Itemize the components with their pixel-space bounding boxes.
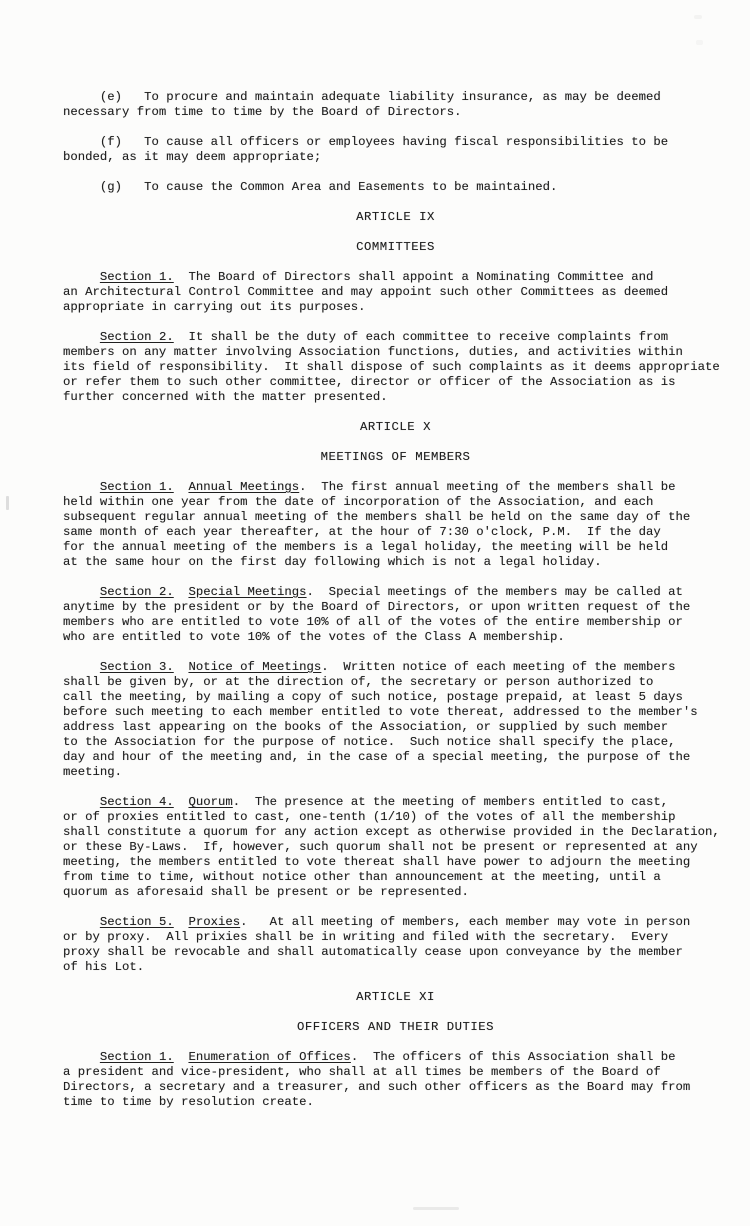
- article-x-heading: ARTICLE X: [63, 420, 728, 435]
- committees-section-2: Section 2. It shall be the duty of each …: [63, 330, 728, 405]
- committees-heading: COMMITTEES: [63, 240, 728, 255]
- scanned-document-page: (e) To procure and maintain adequate lia…: [0, 0, 750, 1226]
- meetings-section-5-proxies: Section 5. Proxies. At all meeting of me…: [63, 915, 728, 975]
- scan-artifact: [413, 1207, 459, 1210]
- meetings-section-4-quorum: Section 4. Quorum. The presence at the m…: [63, 795, 728, 900]
- meetings-section-2-special-meetings: Section 2. Special Meetings. Special mee…: [63, 585, 728, 645]
- paragraph-item-g: (g) To cause the Common Area and Easemen…: [63, 180, 728, 195]
- meetings-section-1-annual-meetings: Section 1. Annual Meetings. The first an…: [63, 480, 728, 570]
- meetings-section-3-notice-of-meetings: Section 3. Notice of Meetings. Written n…: [63, 660, 728, 780]
- paragraph-item-e: (e) To procure and maintain adequate lia…: [63, 90, 728, 120]
- paragraph-item-f: (f) To cause all officers or employees h…: [63, 135, 728, 165]
- officers-section-1-enumeration-of-offices: Section 1. Enumeration of Offices. The o…: [63, 1050, 728, 1110]
- officers-and-their-duties-heading: OFFICERS AND THEIR DUTIES: [63, 1020, 728, 1035]
- committees-section-1: Section 1. The Board of Directors shall …: [63, 270, 728, 315]
- meetings-of-members-heading: MEETINGS OF MEMBERS: [63, 450, 728, 465]
- document-blocks: (e) To procure and maintain adequate lia…: [63, 90, 728, 1125]
- scan-artifact: [694, 15, 702, 19]
- article-xi-heading: ARTICLE XI: [63, 990, 728, 1005]
- scan-artifact: [696, 40, 703, 45]
- article-ix-heading: ARTICLE IX: [63, 210, 728, 225]
- scan-artifact: [6, 496, 9, 510]
